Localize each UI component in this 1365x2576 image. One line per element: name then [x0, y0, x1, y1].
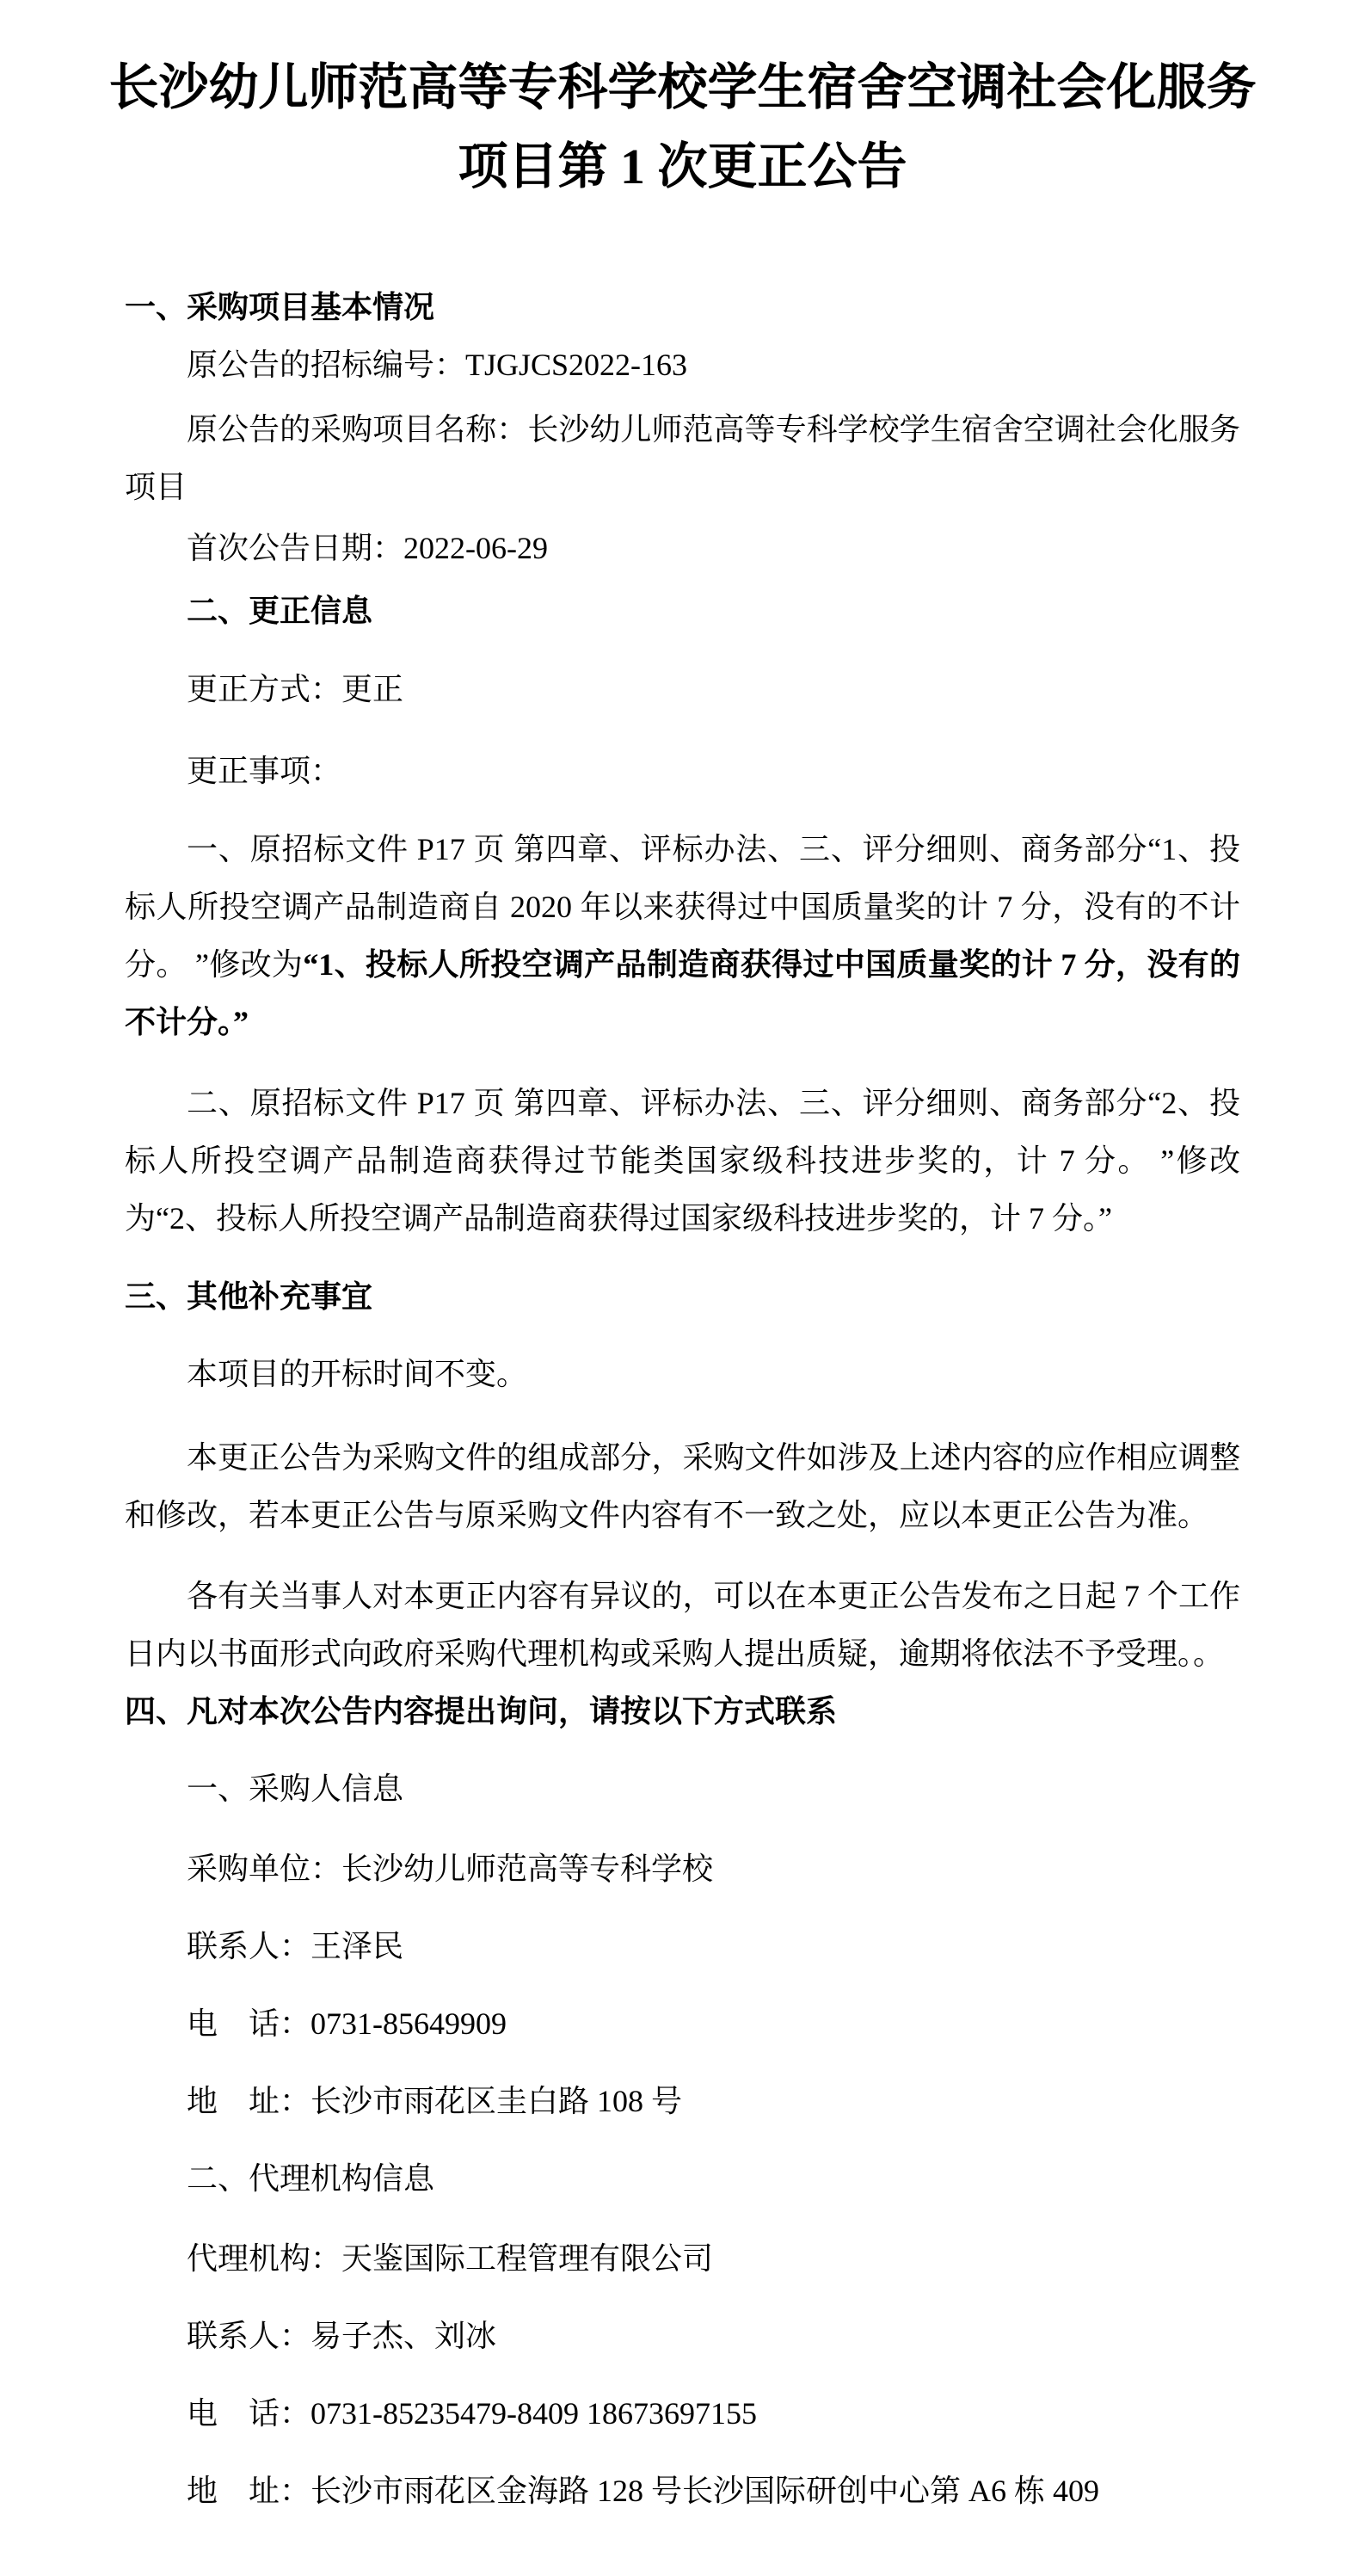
agency-phone: 电 话：0731-85235479-8409 18673697155	[125, 2385, 1240, 2443]
document-title: 长沙幼儿师范高等专科学校学生宿舍空调社会化服务 项目第 1 次更正公告	[77, 48, 1288, 206]
section2-heading: 二、更正信息	[125, 582, 1240, 640]
correction-item-2: 二、原招标文件 P17 页 第四章、评标办法、三、评分细则、商务部分“2、投标人…	[125, 1075, 1240, 1248]
document-body: 一、采购项目基本情况 原公告的招标编号：TJGJCS2022-163 原公告的采…	[0, 279, 1365, 2520]
opening-time-note: 本项目的开标时间不变。	[125, 1346, 1240, 1403]
correction-method: 更正方式：更正	[125, 661, 1240, 718]
section1-heading: 一、采购项目基本情况	[125, 279, 1240, 336]
purchaser-info-heading: 一、采购人信息	[125, 1760, 1240, 1818]
document-title-line-2: 项目第 1 次更正公告	[77, 127, 1288, 206]
purchaser-contact: 联系人：王泽民	[125, 1918, 1240, 1975]
announcement-integral-note: 本更正公告为采购文件的组成部分，采购文件如涉及上述内容的应作相应调整和修改，若本…	[125, 1429, 1240, 1544]
agency-name: 代理机构：天鉴国际工程管理有限公司	[125, 2230, 1240, 2288]
document-title-line-1: 长沙幼儿师范高等专科学校学生宿舍空调社会化服务	[77, 48, 1288, 127]
agency-contact: 联系人：易子杰、刘冰	[125, 2308, 1240, 2365]
purchaser-phone: 电 话：0731-85649909	[125, 1995, 1240, 2053]
purchaser-address: 地 址：长沙市雨花区圭白路 108 号	[125, 2073, 1240, 2130]
section4-heading: 四、凡对本次公告内容提出询问，请按以下方式联系	[125, 1683, 1240, 1741]
objection-procedure-note: 各有关当事人对本更正内容有异议的，可以在本更正公告发布之日起 7 个工作日内以书…	[125, 1568, 1240, 1683]
agency-info-heading: 二、代理机构信息	[125, 2150, 1240, 2208]
correction-item-1: 一、原招标文件 P17 页 第四章、评标办法、三、评分细则、商务部分“1、投标人…	[125, 821, 1240, 1051]
agency-address: 地 址：长沙市雨花区金海路 128 号长沙国际研创中心第 A6 栋 409	[125, 2462, 1240, 2520]
first-announcement-date: 首次公告日期：2022-06-29	[125, 520, 1240, 577]
correction-items-label: 更正事项：	[125, 743, 1240, 800]
section3-heading: 三、其他补充事宜	[125, 1268, 1240, 1326]
document-page: 长沙幼儿师范高等专科学校学生宿舍空调社会化服务 项目第 1 次更正公告 一、采购…	[0, 0, 1365, 2576]
original-project-name: 原公告的采购项目名称：长沙幼儿师范高等专科学校学生宿舍空调社会化服务项目	[125, 401, 1240, 516]
original-tender-number: 原公告的招标编号：TJGJCS2022-163	[125, 336, 1240, 394]
purchaser-unit: 采购单位：长沙幼儿师范高等专科学校	[125, 1840, 1240, 1898]
